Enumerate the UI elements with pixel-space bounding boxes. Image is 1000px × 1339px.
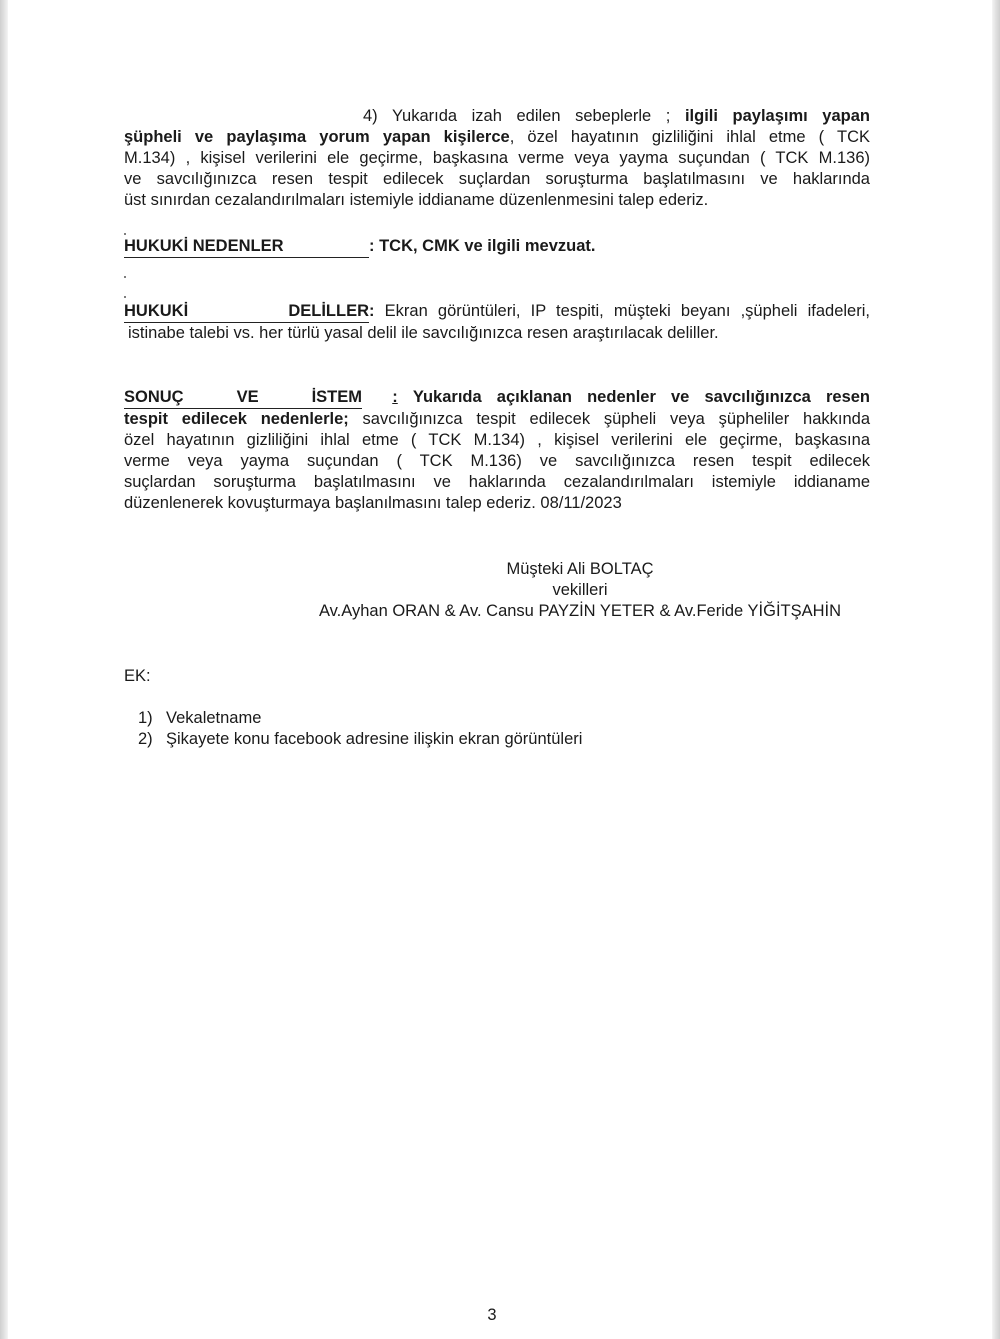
heading-word: SONUÇ	[124, 388, 184, 406]
page-right-edge	[992, 0, 1000, 1339]
sonuc-line-6: düzenlenerek kovuşturmaya başlanılmasını…	[124, 493, 870, 514]
signature-block: Müşteki Ali BOLTAÇ vekilleri Av.Ayhan OR…	[270, 559, 890, 622]
signature-client: Müşteki Ali BOLTAÇ	[270, 559, 890, 580]
text-bold: ilgili paylaşımı yapan	[685, 107, 870, 125]
paragraph-4-line-3: M.134) , kişisel verilerini ele geçirme,…	[124, 148, 870, 169]
stray-mark	[124, 233, 126, 235]
sonuc-heading-rule: SONUÇ VE İSTEM	[124, 387, 362, 409]
paragraph-4: 4) Yukarıda izah edilen sebeplerle ; ilg…	[124, 106, 870, 211]
heading-word: VE	[237, 388, 259, 406]
text-normal: 4) Yukarıda izah edilen sebeplerle ;	[363, 107, 685, 125]
stray-mark	[124, 276, 126, 278]
paragraph-4-line-1: 4) Yukarıda izah edilen sebeplerle ; ilg…	[124, 106, 870, 127]
sonuc-bold-line-1: Yukarıda açıklanan nedenler ve savcılığı…	[413, 388, 870, 406]
text-normal: savcılığınızca tespit edilecek şüpheli v…	[349, 410, 870, 428]
paragraph-4-line-4: ve savcılığınızca resen tespit edilecek …	[124, 169, 870, 190]
heading-word: İSTEM	[312, 388, 362, 406]
stray-mark	[124, 296, 126, 298]
hukuki-deliller-value-line-1: Ekran görüntüleri, IP tespiti, müşteki b…	[385, 302, 870, 320]
text-normal: , özel hayatının gizliliğini ihlal etme …	[510, 128, 870, 146]
page-number: 3	[0, 1306, 984, 1325]
hukuki-nedenler-separator: :	[369, 237, 375, 255]
hukuki-nedenler-value: TCK, CMK ve ilgili mevzuat.	[379, 237, 595, 255]
signature-lawyers: Av.Ayhan ORAN & Av. Cansu PAYZİN YETER &…	[270, 601, 890, 622]
sonuc-ve-istem-section: SONUÇ VE İSTEM : Yukarıda açıklanan nede…	[124, 387, 870, 514]
sonuc-line-4: verme veya yayma suçundan ( TCK M.136) v…	[124, 451, 870, 472]
hukuki-nedenler-section: HUKUKİ NEDENLER: TCK, CMK ve ilgili mevz…	[124, 236, 870, 258]
hukuki-nedenler-heading-rule: HUKUKİ NEDENLER	[124, 236, 369, 258]
attachment-text: Vekaletname	[166, 709, 261, 727]
hukuki-deliller-value-line-2: istinabe talebi vs. her türlü yasal deli…	[124, 323, 870, 344]
attachment-item: 2)Şikayete konu facebook adresine ilişki…	[138, 729, 582, 750]
sonuc-heading: SONUÇ VE İSTEM	[124, 388, 362, 406]
sonuc-line-5: suçlardan soruşturma başlatılmasını ve h…	[124, 472, 870, 493]
sonuc-line-1: SONUÇ VE İSTEM : Yukarıda açıklanan nede…	[124, 387, 870, 409]
attachment-text: Şikayete konu facebook adresine ilişkin …	[166, 730, 582, 748]
hukuki-deliller-heading: HUKUKİ DELİLLER	[124, 302, 369, 320]
attachment-number: 2)	[138, 729, 166, 750]
attachment-item: 1)Vekaletname	[138, 708, 582, 729]
text-bold: şüpheli ve paylaşıma yorum yapan kişiler…	[124, 128, 510, 146]
paragraph-4-line-5: üst sınırdan cezalandırılmaları istemiyl…	[124, 190, 870, 211]
hukuki-deliller-separator: :	[369, 302, 375, 320]
page-left-edge	[0, 0, 8, 1339]
attachments-label: EK:	[124, 666, 151, 687]
hukuki-deliller-section: HUKUKİ DELİLLER: Ekran görüntüleri, IP t…	[124, 301, 870, 344]
attachment-number: 1)	[138, 708, 166, 729]
paragraph-4-line-2: şüpheli ve paylaşıma yorum yapan kişiler…	[124, 127, 870, 148]
sonuc-bold-line-2: tespit edilecek nedenlerle;	[124, 410, 349, 428]
attachments-list: 1)Vekaletname 2)Şikayete konu facebook a…	[138, 708, 582, 750]
sonuc-separator: :	[392, 388, 398, 406]
signature-role: vekilleri	[270, 580, 890, 601]
hukuki-nedenler-heading: HUKUKİ NEDENLER	[124, 237, 284, 255]
sonuc-line-3: özel hayatının gizliliğini ihlal etme ( …	[124, 430, 870, 451]
hukuki-deliller-heading-rule: HUKUKİ DELİLLER	[124, 301, 369, 323]
sonuc-line-2: tespit edilecek nedenlerle; savcılığınız…	[124, 409, 870, 430]
